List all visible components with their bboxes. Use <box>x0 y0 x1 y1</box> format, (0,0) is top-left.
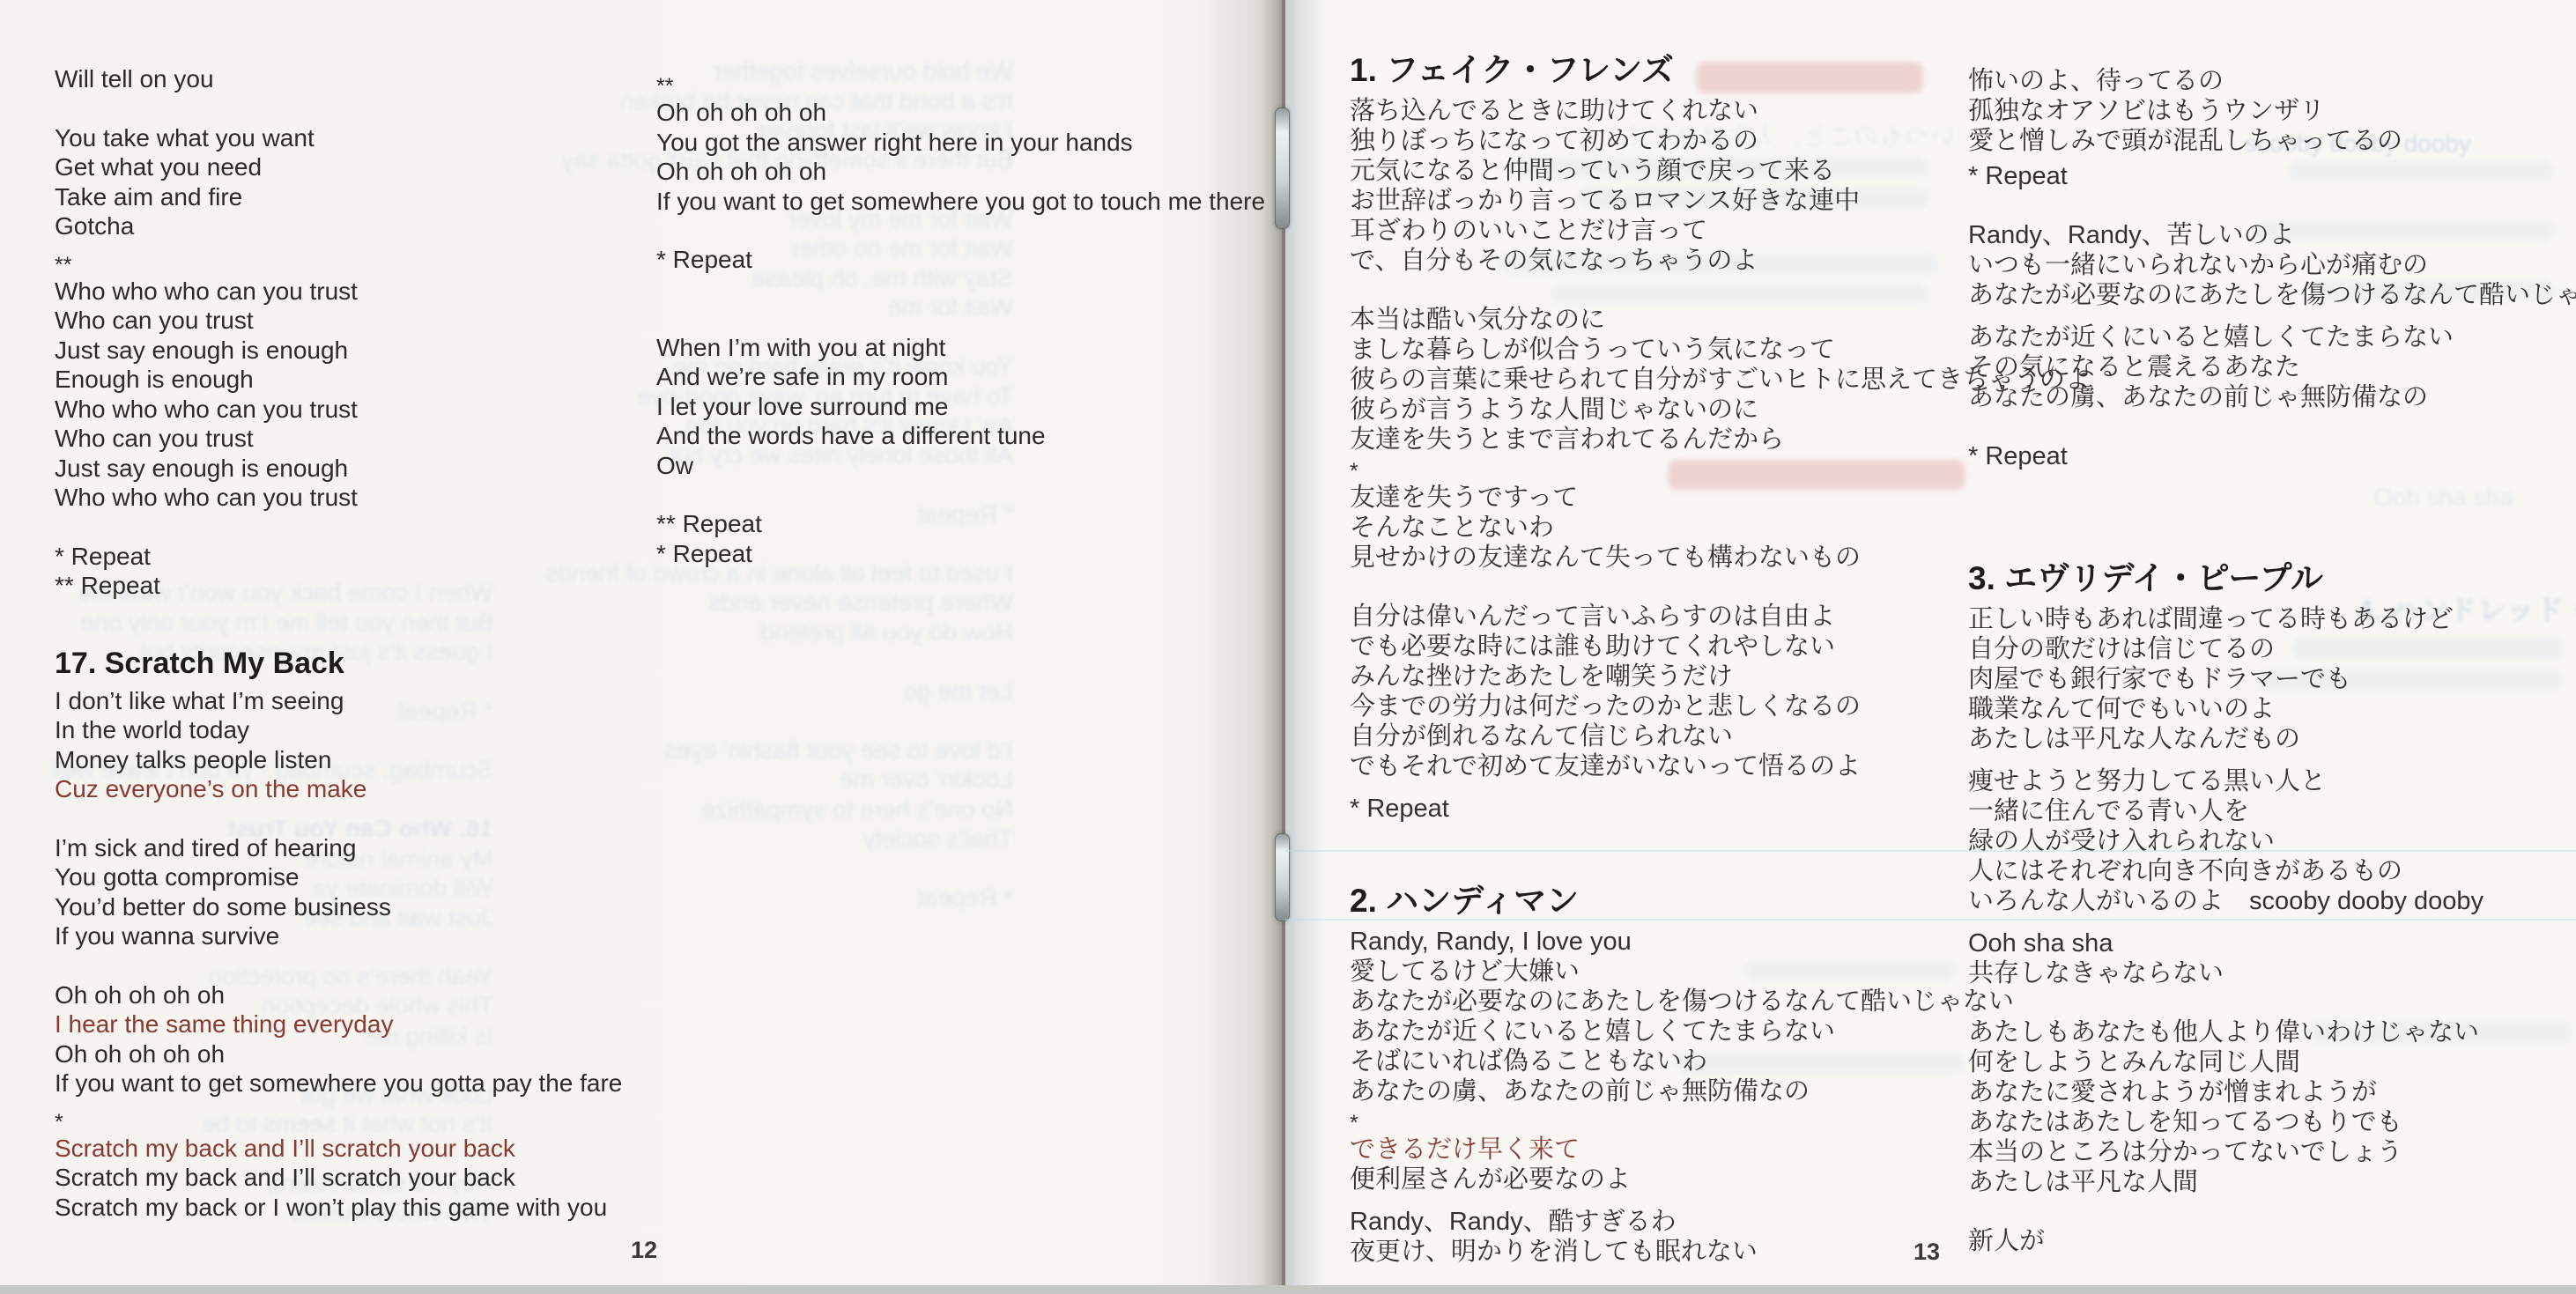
lyric-line: ** <box>656 75 1265 98</box>
lyric-line: Oh oh oh oh oh <box>55 980 622 1010</box>
lyric-line: Take aim and fire <box>55 182 622 212</box>
lyric-line: 一緒に住んでる青い人を <box>1968 796 2576 826</box>
lyric-line: あたしもあなたも他人より偉いわけじゃない <box>1968 1017 2576 1047</box>
lyric-line: ** <box>55 254 622 277</box>
lyric-line: Ooh sha sha <box>1968 928 2576 958</box>
lyric-line: あなたはあたしを知ってるつもりでも <box>1968 1107 2576 1137</box>
lyric-line: あなたの虜、あなたの前じゃ無防備なの <box>1968 382 2576 412</box>
lyric-line: 何をしようとみんな同じ人間 <box>1968 1047 2576 1077</box>
lyric-line: Money talks people listen <box>55 745 622 775</box>
lyric-line: Scratch my back or I won’t play this gam… <box>55 1193 622 1223</box>
lyric-line: * Repeat <box>1968 161 2576 191</box>
lyric-line: 共存しなきゃならない <box>1968 958 2576 988</box>
lyric-line: Just say enough is enough <box>55 336 622 366</box>
lyric-line: When I’m with you at night <box>656 333 1265 363</box>
lyric-block: 3. エヴリデイ・ピープル正しい時もあれば間違ってる時もあるけど自分の歌だけは信… <box>1968 559 2576 754</box>
lyric-line: And we’re safe in my room <box>656 362 1265 392</box>
lyric-block: 痩せようと努力してる黒い人と一緒に住んでる青い人を緑の人が受け入れられない人には… <box>1968 766 2576 916</box>
lyric-line: あたしは平凡な人なんだもの <box>1968 724 2576 754</box>
lyric-block: Oh oh oh oh ohI hear the same thing ever… <box>55 980 622 1098</box>
lyric-block: あなたが近くにいると嬉しくてたまらないその気になると震えるあなたあなたの虜、あな… <box>1968 322 2576 412</box>
lyric-line: ** Repeat <box>55 571 622 601</box>
lyric-line: 肉屋でも銀行家でもドラマーでも <box>1968 664 2576 694</box>
lyric-line: 職業なんて何でもいいのよ <box>1968 694 2576 724</box>
lyric-line: Who can you trust <box>55 424 622 454</box>
lyric-block: When I’m with you at nightAnd we’re safe… <box>656 333 1265 481</box>
lyric-block: **Who who who can you trustWho can you t… <box>55 254 622 513</box>
scan-bottom-edge <box>0 1285 2576 1294</box>
lyric-line: Oh oh oh oh oh <box>656 157 1265 187</box>
lyric-line: You gotta compromise <box>55 862 622 892</box>
lyric-line: 怖いのよ、待ってるの <box>1968 66 2576 96</box>
booklet-spread: We hold ourselves togetherIt’s a bond th… <box>0 0 2576 1294</box>
lyric-line: 人にはそれぞれ向き不向きがあるもの <box>1968 856 2576 886</box>
lyrics-column-page12-left: Will tell on youYou take what you wantGe… <box>55 64 622 1222</box>
lyric-line: And the words have a different tune <box>656 421 1265 451</box>
song-title: 17. Scratch My Back <box>55 645 622 682</box>
lyric-line: You’d better do some business <box>55 892 622 922</box>
lyric-line: Who can you trust <box>55 306 622 336</box>
lyric-line: Oh oh oh oh oh <box>55 1039 622 1069</box>
lyric-line: 自分の歌だけは信じてるの <box>1968 634 2576 664</box>
lyric-block: **Oh oh oh oh ohYou got the answer right… <box>656 75 1265 216</box>
lyric-block: You take what you wantGet what you needT… <box>55 123 622 241</box>
lyric-block: Ooh sha sha共存しなきゃならない <box>1968 928 2576 988</box>
page-number-13: 13 <box>1913 1239 1940 1266</box>
lyric-line: 痩せようと努力してる黒い人と <box>1968 766 2576 796</box>
lyric-block: ** Repeat* Repeat <box>656 509 1265 568</box>
lyric-block: * Repeat <box>1968 161 2576 191</box>
lyric-line: I’m sick and tired of hearing <box>55 833 622 863</box>
lyric-line: 愛と憎しみで頭が混乱しちゃってるの <box>1968 126 2576 156</box>
lyric-line: Who who who can you trust <box>55 395 622 425</box>
lyric-line: You got the answer right here in your ha… <box>656 128 1265 158</box>
lyric-block: 新人が <box>1968 1226 2576 1256</box>
lyric-block: * Repeat** Repeat <box>55 542 622 601</box>
lyric-line: Just say enough is enough <box>55 454 622 484</box>
lyric-line: あなたに愛されようが憎まれようが <box>1968 1077 2576 1107</box>
lyric-line: 新人が <box>1968 1226 2576 1256</box>
lyric-line: ** Repeat <box>656 509 1265 539</box>
lyric-line: If you want to get somewhere you gotta p… <box>55 1068 622 1098</box>
lyric-line: 正しい時もあれば間違ってる時もあるけど <box>1968 604 2576 634</box>
song-title: 3. エヴリデイ・ピープル <box>1968 559 2576 598</box>
lyric-block: Will tell on you <box>55 64 622 94</box>
lyric-line: Cuz everyone’s on the make <box>55 774 622 804</box>
lyric-line: 孤独なオアソビはもうウンザリ <box>1968 96 2576 126</box>
lyric-line: * Repeat <box>55 542 622 572</box>
lyric-line: あたしは平凡な人間 <box>1968 1167 2576 1197</box>
lyric-line: Will tell on you <box>55 64 622 94</box>
lyric-line: I hear the same thing everyday <box>55 1009 622 1039</box>
lyric-block: あたしもあなたも他人より偉いわけじゃない何をしようとみんな同じ人間あなたに愛され… <box>1968 1017 2576 1197</box>
staple-top <box>1275 107 1290 229</box>
lyric-line: あなたが必要なのにあたしを傷つけるなんて酷いじゃない <box>1968 280 2576 310</box>
lyrics-column-page12-right: **Oh oh oh oh ohYou got the answer right… <box>656 75 1265 568</box>
lyric-line: In the world today <box>55 715 622 745</box>
lyric-line: You take what you want <box>55 123 622 153</box>
lyric-line: Gotcha <box>55 211 622 241</box>
lyric-line: * Repeat <box>656 539 1265 569</box>
scan-artifact-line <box>1285 850 2576 852</box>
lyric-line: Enough is enough <box>55 365 622 395</box>
lyrics-column-page13-right: 怖いのよ、待ってるの孤独なオアソビはもうウンザリ愛と憎しみで頭が混乱しちゃってる… <box>1968 66 2576 1256</box>
lyric-block: Randy、Randy、苦しいのよいつも一緒にいられないから心が痛むのあなたが必… <box>1968 220 2576 310</box>
lyric-line: If you wanna survive <box>55 921 622 951</box>
lyric-line: If you want to get somewhere you got to … <box>656 187 1265 217</box>
lyric-line: その気になると震えるあなた <box>1968 352 2576 382</box>
lyric-line: Get what you need <box>55 152 622 182</box>
lyric-line: あなたが近くにいると嬉しくてたまらない <box>1968 322 2576 352</box>
lyric-line: Oh oh oh oh oh <box>656 98 1265 128</box>
lyric-block: * Repeat <box>656 245 1265 275</box>
lyric-line: Randy、Randy、苦しいのよ <box>1968 220 2576 250</box>
lyric-line: Who who who can you trust <box>55 277 622 307</box>
lyric-line: I don’t like what I’m seeing <box>55 686 622 716</box>
page-number-12: 12 <box>631 1237 657 1264</box>
lyric-block: 17. Scratch My BackI don’t like what I’m… <box>55 645 622 804</box>
lyric-line: Ow <box>656 451 1265 481</box>
lyric-line: Scratch my back and I’ll scratch your ba… <box>55 1134 622 1164</box>
lyric-block: * Repeat <box>1968 441 2576 471</box>
gutter-shadow-left <box>1203 0 1283 1294</box>
lyric-block: I’m sick and tired of hearingYou gotta c… <box>55 833 622 951</box>
lyric-line: 本当のところは分かってないでしょう <box>1968 1137 2576 1167</box>
lyric-line: Scratch my back and I’ll scratch your ba… <box>55 1163 622 1193</box>
lyric-line: * Repeat <box>656 245 1265 275</box>
lyric-block: 怖いのよ、待ってるの孤独なオアソビはもうウンザリ愛と憎しみで頭が混乱しちゃってる… <box>1968 66 2576 156</box>
lyric-line: いつも一緒にいられないから心が痛むの <box>1968 250 2576 280</box>
staple-bottom <box>1275 833 1290 921</box>
lyric-line: * <box>55 1111 622 1134</box>
lyric-line: Who who who can you trust <box>55 483 622 513</box>
lyric-line: * Repeat <box>1968 441 2576 471</box>
lyric-block: *Scratch my back and I’ll scratch your b… <box>55 1111 622 1223</box>
lyric-line: いろんな人がいるのよ scooby dooby dooby <box>1968 886 2576 916</box>
gutter-shadow-right <box>1285 0 1326 1294</box>
lyric-line: I let your love surround me <box>656 392 1265 422</box>
scan-artifact-line <box>1285 919 2576 921</box>
